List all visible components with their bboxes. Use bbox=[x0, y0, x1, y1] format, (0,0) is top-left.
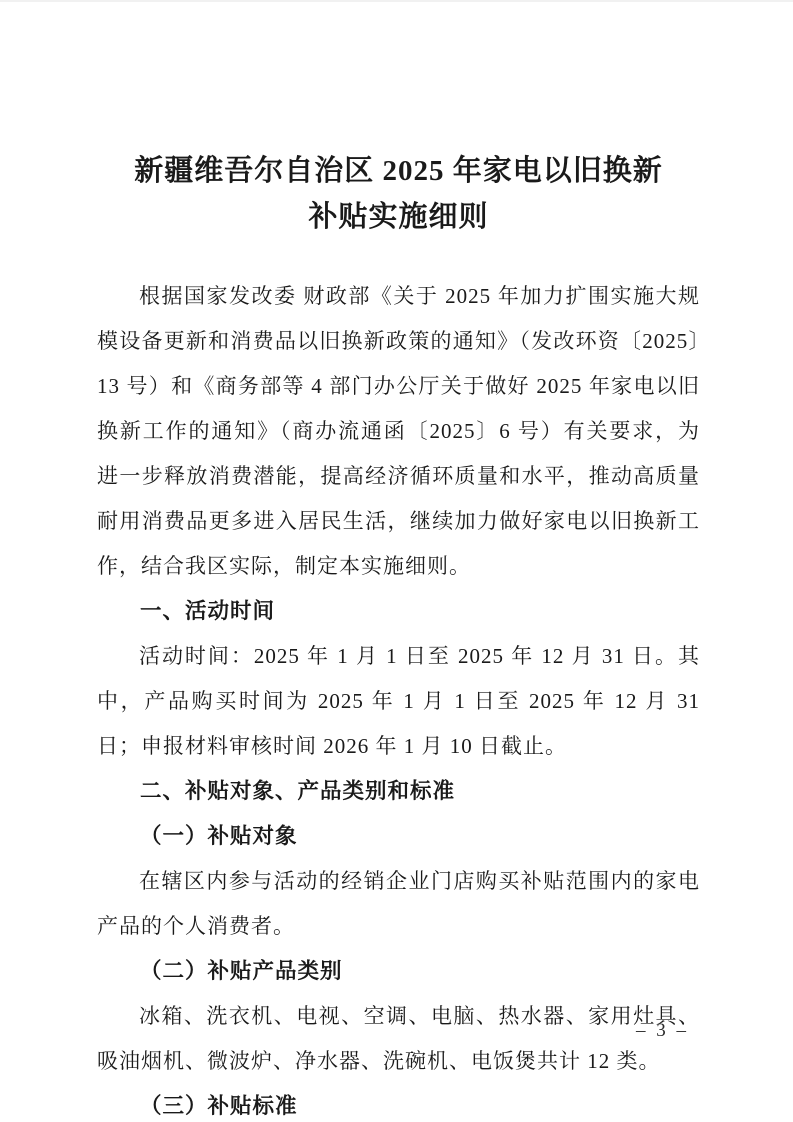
document-title-line-2: 补贴实施细则 bbox=[97, 194, 700, 240]
scan-edge-artifact bbox=[0, 0, 793, 2]
page-number: – 3 – bbox=[636, 1020, 689, 1042]
body-paragraph-product-categories: 冰箱、洗衣机、电视、空调、电脑、热水器、家用灶具、吸油烟机、微波炉、净水器、洗碗… bbox=[97, 994, 700, 1084]
subsection-heading-subsidy-targets: （一）补贴对象 bbox=[97, 814, 700, 859]
document-title: 新疆维吾尔自治区 2025 年家电以旧换新 补贴实施细则 bbox=[97, 148, 700, 240]
section-heading-activity-time: 一、活动时间 bbox=[97, 589, 700, 634]
section-heading-subsidy-scope: 二、补贴对象、产品类别和标准 bbox=[97, 769, 700, 814]
body-paragraph-activity-time: 活动时间：2025 年 1 月 1 日至 2025 年 12 月 31 日。其中… bbox=[97, 634, 700, 769]
document-body: 根据国家发改委 财政部《关于 2025 年加力扩围实施大规模设备更新和消费品以旧… bbox=[97, 274, 700, 1122]
subsection-heading-product-categories: （二）补贴产品类别 bbox=[97, 949, 700, 994]
body-paragraph-subsidy-targets: 在辖区内参与活动的经销企业门店购买补贴范围内的家电产品的个人消费者。 bbox=[97, 859, 700, 949]
subsection-heading-subsidy-standard: （三）补贴标准 bbox=[97, 1084, 700, 1122]
body-paragraph-intro: 根据国家发改委 财政部《关于 2025 年加力扩围实施大规模设备更新和消费品以旧… bbox=[97, 274, 700, 589]
document-page: 新疆维吾尔自治区 2025 年家电以旧换新 补贴实施细则 根据国家发改委 财政部… bbox=[0, 0, 793, 1122]
document-title-line-1: 新疆维吾尔自治区 2025 年家电以旧换新 bbox=[97, 148, 700, 194]
